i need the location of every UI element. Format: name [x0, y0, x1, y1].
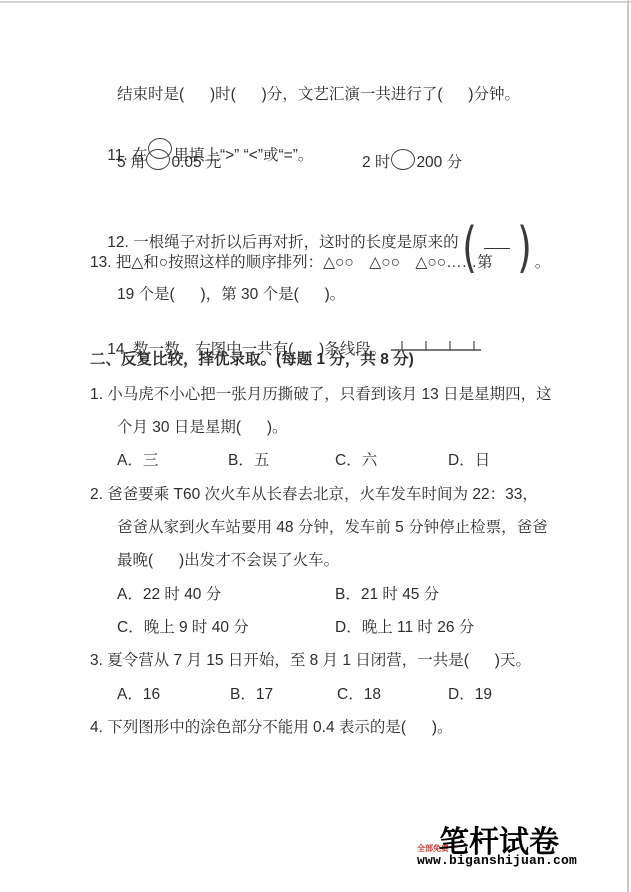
compare-circle-icon — [146, 149, 170, 170]
page-right-border — [627, 0, 629, 892]
q14-prompt-line: 14. 数一数，右图中一共有( )条线段。 — [90, 316, 483, 380]
page-top-border — [0, 1, 631, 3]
mc2-options-row-2: C．晚上 9 时 40 分 D．晚上 11 时 26 分 — [0, 618, 631, 638]
q11-pair2-left-text: 2 时 — [362, 154, 390, 171]
q11-pair-1: 5 角0.05 元 — [117, 149, 221, 173]
q11-comparison-row: 5 角0.05 元 2 时200 分 — [0, 149, 631, 169]
mc2-option-c: C．晚上 9 时 40 分 — [117, 618, 249, 638]
worksheet-page: 结束时是( )时( )分，文艺汇演一共进行了( )分钟。 11. 在里填上“>”… — [0, 0, 631, 892]
mc3-line-1: 3. 夏令营从 7 月 15 日开始，至 8 月 1 日闭营，一共是( )天。 — [90, 651, 531, 671]
close-paren-glyph: ) — [517, 221, 532, 275]
mc2-option-d: D．晚上 11 时 26 分 — [335, 618, 474, 638]
q13-line-2: 19 个是( )，第 30 个是( )。 — [117, 285, 345, 305]
mc2-line-2: 爸爸从家到火车站要用 48 分钟，发车前 5 分钟停止检票，爸爸 — [117, 518, 548, 538]
mc3-option-b: B．17 — [230, 685, 273, 705]
mc3-option-d: D．19 — [448, 685, 492, 705]
mc1-line-2: 个月 30 日是星期( )。 — [117, 418, 288, 438]
mc1-option-c: C．六 — [335, 451, 377, 471]
mc4-line-1: 4. 下列图形中的涂色部分不能用 0.4 表示的是( )。 — [90, 718, 453, 738]
mc2-option-a: A．22 时 40 分 — [117, 585, 221, 605]
watermark-url: www.biganshijuan.com — [417, 853, 577, 868]
compare-circle-icon — [391, 149, 415, 170]
mc1-option-b: B．五 — [228, 451, 269, 471]
q12-period-text: 。 — [535, 255, 551, 270]
q12-text: 12. 一根绳子对折以后再对折，这时的长度是原来的 — [107, 234, 458, 251]
mc1-options-row: A．三 B．五 C．六 D．日 — [0, 451, 631, 471]
mc3-option-c: C．18 — [337, 685, 381, 705]
section-2-heading: 二、反复比较，择优录取。(每题 1 分，共 8 分) — [90, 350, 414, 370]
q12-prompt-line: 12. 一根绳子对折以后再对折，这时的长度是原来的()。 — [90, 201, 550, 295]
mc2-options-row-1: A．22 时 40 分 B．21 时 45 分 — [0, 585, 631, 605]
mc1-option-d: D．日 — [448, 451, 490, 471]
q11-pair1-left-text: 5 角 — [117, 154, 145, 171]
mc2-line-1: 2. 爸爸要乘 T60 次火车从长春去北京，火车发车时间为 22：33， — [90, 485, 538, 505]
q13-line-1: 13. 把△和○按照这样的顺序排列：△○○ △○○ △○○……第 — [90, 253, 493, 273]
q11-pair-2: 2 时200 分 — [362, 149, 462, 173]
q11-pair1-right-text: 0.05 元 — [171, 154, 221, 171]
mc3-options-row: A．16 B．17 C．18 D．19 — [0, 685, 631, 705]
mc2-line-3: 最晚( )出发才不会误了火车。 — [117, 551, 339, 571]
mc1-option-a: A．三 — [117, 451, 158, 471]
fraction-bar-icon — [484, 248, 510, 249]
mc1-line-1: 1. 小马虎不小心把一张月历撕破了，只看到该月 13 日是星期四，这 — [90, 385, 552, 405]
mc2-option-b: B．21 时 45 分 — [335, 585, 439, 605]
q10-continuation-line: 结束时是( )时( )分，文艺汇演一共进行了( )分钟。 — [117, 85, 520, 105]
q11-pair2-right-text: 200 分 — [416, 154, 462, 171]
mc3-option-a: A．16 — [117, 685, 160, 705]
